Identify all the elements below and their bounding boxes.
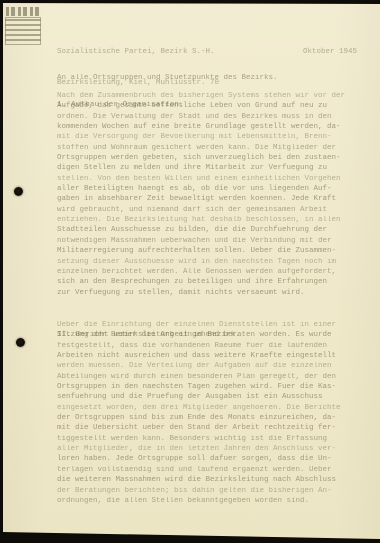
text-line: Ortsgruppen werden gebeten, sich unverzu…	[57, 153, 357, 163]
punch-hole-bottom	[16, 338, 25, 347]
text-line: der Beratungen berichten; bis dahin gelt…	[57, 486, 357, 496]
text-line: gaben in absehbarer Zeit bewaeltigt werd…	[57, 194, 357, 204]
document-page: Sozialistische Partei, Bezirk S.-H. Okto…	[0, 0, 380, 543]
text-line: Sitzung der Bezirksleitung eingehend ber…	[57, 330, 357, 340]
letterhead-date-ref: Oktober 1945	[303, 47, 357, 57]
text-line: tiggestellt werden kann. Besonders wicht…	[57, 434, 357, 444]
text-line: ordnen. Die Verwaltung der Stadt und des…	[57, 112, 357, 122]
archive-stamp	[5, 7, 41, 45]
section-2-heading: II. Bericht ueber die Arbeit im Bezirk.	[57, 309, 357, 361]
stamp-emblem-row	[6, 7, 40, 16]
text-line: Ueber die Einrichtung der einzelnen Dien…	[57, 320, 357, 330]
text-line: entziehen. Die Bezirksleitung hat deshal…	[57, 215, 357, 225]
text-line: eingesetzt worden, dem drei Mitglieder a…	[57, 403, 357, 413]
punch-hole-top	[14, 187, 23, 196]
text-line: senfuehrung und die Pruefung der Ausgabe…	[57, 392, 357, 402]
text-line: die weiteren Massnahmen wird die Bezirks…	[57, 475, 357, 485]
text-line: loren haben. Jede Ortsgruppe soll dafuer…	[57, 454, 357, 464]
letterhead-org: Sozialistische Partei, Bezirk S.-H.	[57, 47, 215, 57]
text-line: digen Stellen zu melden und ihre Mitarbe…	[57, 163, 357, 173]
text-line: aller Mitglieder, die in den letzten Jah…	[57, 444, 357, 454]
text-line: werden muessen. Die Verteilung der Aufga…	[57, 361, 357, 371]
section-1-heading: 1. Aufbau der Organisation.	[57, 79, 357, 131]
stamp-text-rows	[5, 17, 41, 45]
section-2-paragraph: Ueber die Einrichtung der einzelnen Dien…	[57, 320, 357, 506]
text-line: stellen. Von dem besten Willen und einem…	[57, 174, 357, 184]
text-line: wird gebraucht, und niemand darf sich de…	[57, 205, 357, 215]
text-line: notwendigen Massnahmen ueberwachen und d…	[57, 236, 357, 246]
text-line: der Ortsgruppen sind bis zum Ende des Mo…	[57, 413, 357, 423]
text-line: ordnungen, die allen Stellen bekanntgege…	[57, 496, 357, 506]
salutation-line: An alle Ortsgruppen und Stuetzpunkte des…	[57, 52, 357, 104]
text-line: Nach dem Zusammenbruch des bisherigen Sy…	[57, 91, 357, 101]
text-line: Ortsgruppen in den naechsten Tagen zugeh…	[57, 382, 357, 392]
text-line: kommenden Wochen auf eine breite Grundla…	[57, 122, 357, 132]
text-line: terlagen vollstaendig sind und laufend e…	[57, 465, 357, 475]
text-line: Arbeiten nicht ausreichen und dass weite…	[57, 351, 357, 361]
text-line: zur Verfuegung zu stellen, damit nichts …	[57, 288, 357, 298]
text-line: Stadtteilen Ausschuesse zu bilden, die d…	[57, 225, 357, 235]
text-line: festgestellt, dass die vorhandenen Raeum…	[57, 341, 357, 351]
text-line: Militaerregierung aufrechterhalten solle…	[57, 246, 357, 256]
text-line: sich an den Besprechungen zu beteiligen …	[57, 277, 357, 287]
text-line: mit die Versorgung der Bevoelkerung mit …	[57, 132, 357, 142]
letterhead-address: Bezirksleitung, Kiel, Muhliusstr. 70	[57, 78, 357, 88]
text-line: mit die Uebersicht ueber den Stand der A…	[57, 423, 357, 433]
text-line: aller Beteiligten haengt es ab, ob die v…	[57, 184, 357, 194]
text-line: einzelnen berichtet werden. Alle Genosse…	[57, 267, 357, 277]
letterhead: Sozialistische Partei, Bezirk S.-H. Okto…	[57, 26, 357, 109]
text-line: setzung dieser Ausschuesse wird in den n…	[57, 257, 357, 267]
text-line: stoffen und Wohnraum gesichert werden ka…	[57, 143, 357, 153]
text-line: Aufgabe, das gesamte oeffentliche Leben …	[57, 101, 357, 111]
section-1-paragraph: Nach dem Zusammenbruch des bisherigen Sy…	[57, 91, 357, 298]
text-line: Abteilungen wird durch einen besonderen …	[57, 372, 357, 382]
